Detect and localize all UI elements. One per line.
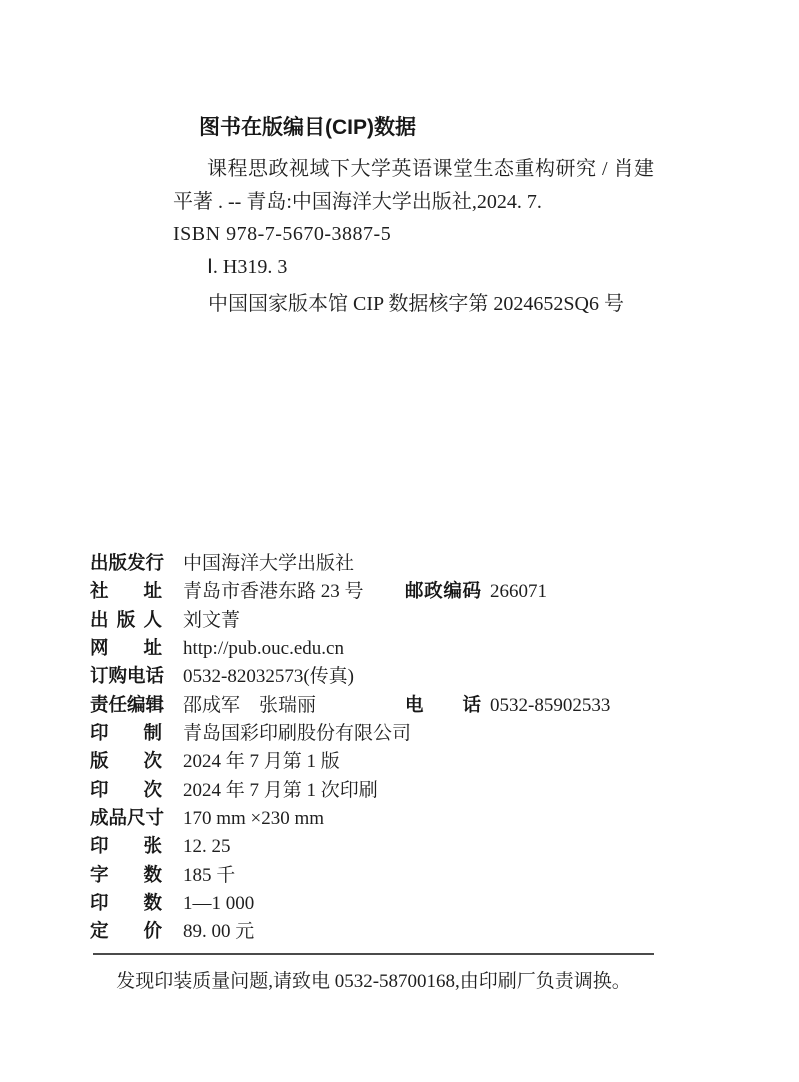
cip-data-heading: 图书在版编目(CIP)数据 — [199, 116, 416, 140]
field-label: 社址 — [90, 577, 162, 605]
isbn-line: ISBN 978-7-5670-3887-5 — [173, 223, 391, 246]
cip-registry-line: 中国国家版本馆 CIP 数据核字第 2024652SQ6 号 — [208, 293, 624, 316]
field-value: 2024 年 7 月第 1 次印刷 — [183, 777, 378, 805]
field-value-postcode: 266071 — [490, 578, 547, 606]
field-value: 2024 年 7 月第 1 版 — [183, 748, 340, 776]
footer-divider — [93, 953, 654, 955]
colophon-table: 出版发行 中国海洋大学出版社 社址 青岛市香港东路 23 号 邮政编码 2660… — [90, 549, 680, 946]
colophon-row-publisher: 出版发行 中国海洋大学出版社 — [90, 549, 680, 577]
field-label: 印张 — [90, 832, 162, 860]
field-label: 订购电话 — [90, 662, 162, 690]
field-label: 版次 — [90, 747, 162, 775]
field-label: 出版发行 — [90, 549, 162, 577]
field-value: 170 mm ×230 mm — [183, 805, 324, 833]
field-value-phone: 0532-85902533 — [490, 692, 610, 720]
colophon-row-impression: 印次 2024 年 7 月第 1 次印刷 — [90, 776, 680, 804]
cip-record-line-1: 课程思政视域下大学英语课堂生态重构研究 / 肖建 — [207, 158, 655, 181]
field-value: 1—1 000 — [183, 890, 254, 918]
colophon-row-order-phone: 订购电话 0532-82032573(传真) — [90, 662, 680, 690]
field-label: 定价 — [90, 917, 162, 945]
field-label: 网址 — [90, 634, 162, 662]
field-label: 印制 — [90, 719, 162, 747]
colophon-row-sheets: 印张 12. 25 — [90, 832, 680, 860]
field-value: 185 千 — [183, 862, 235, 890]
colophon-row-trim-size: 成品尺寸 170 mm ×230 mm — [90, 804, 680, 832]
field-value-url: http://pub.ouc.edu.cn — [183, 635, 344, 663]
colophon-row-website: 网址 http://pub.ouc.edu.cn — [90, 634, 680, 662]
field-value: 89. 00 元 — [183, 918, 254, 946]
colophon-row-print-run: 印数 1—1 000 — [90, 889, 680, 917]
field-value: 青岛国彩印刷股份有限公司 — [183, 720, 411, 748]
field-label-phone: 电话 — [405, 691, 481, 719]
field-value: 刘文菁 — [183, 607, 240, 635]
classification-line: Ⅰ. H319. 3 — [207, 256, 287, 279]
field-label: 责任编辑 — [90, 691, 162, 719]
field-value: 青岛市香港东路 23 号 — [183, 578, 405, 606]
colophon-row-price: 定价 89. 00 元 — [90, 917, 680, 945]
field-label: 成品尺寸 — [90, 804, 162, 832]
print-quality-notice: 发现印装质量问题,请致电 0532-58700168,由印刷厂负责调换。 — [93, 966, 654, 993]
field-value: 0532-82032573(传真) — [183, 663, 354, 691]
colophon-row-publisher-person: 出版人 刘文菁 — [90, 606, 680, 634]
field-value: 12. 25 — [183, 833, 231, 861]
field-label: 字数 — [90, 861, 162, 889]
colophon-row-edition: 版次 2024 年 7 月第 1 版 — [90, 747, 680, 775]
field-value: 中国海洋大学出版社 — [183, 550, 354, 578]
field-label: 印次 — [90, 776, 162, 804]
field-value: 邵成军 张瑞丽 — [183, 692, 405, 720]
colophon-row-editors: 责任编辑 邵成军 张瑞丽 电话 0532-85902533 — [90, 691, 680, 719]
cip-record-line-2: 平著 . -- 青岛:中国海洋大学出版社,2024. 7. — [173, 191, 542, 214]
colophon-row-address: 社址 青岛市香港东路 23 号 邮政编码 266071 — [90, 577, 680, 605]
field-label: 出版人 — [90, 606, 162, 634]
colophon-row-printer: 印制 青岛国彩印刷股份有限公司 — [90, 719, 680, 747]
copyright-page: 图书在版编目(CIP)数据 课程思政视域下大学英语课堂生态重构研究 / 肖建 平… — [0, 0, 799, 1082]
field-label: 印数 — [90, 889, 162, 917]
field-label-postcode: 邮政编码 — [405, 577, 481, 605]
colophon-row-word-count: 字数 185 千 — [90, 861, 680, 889]
